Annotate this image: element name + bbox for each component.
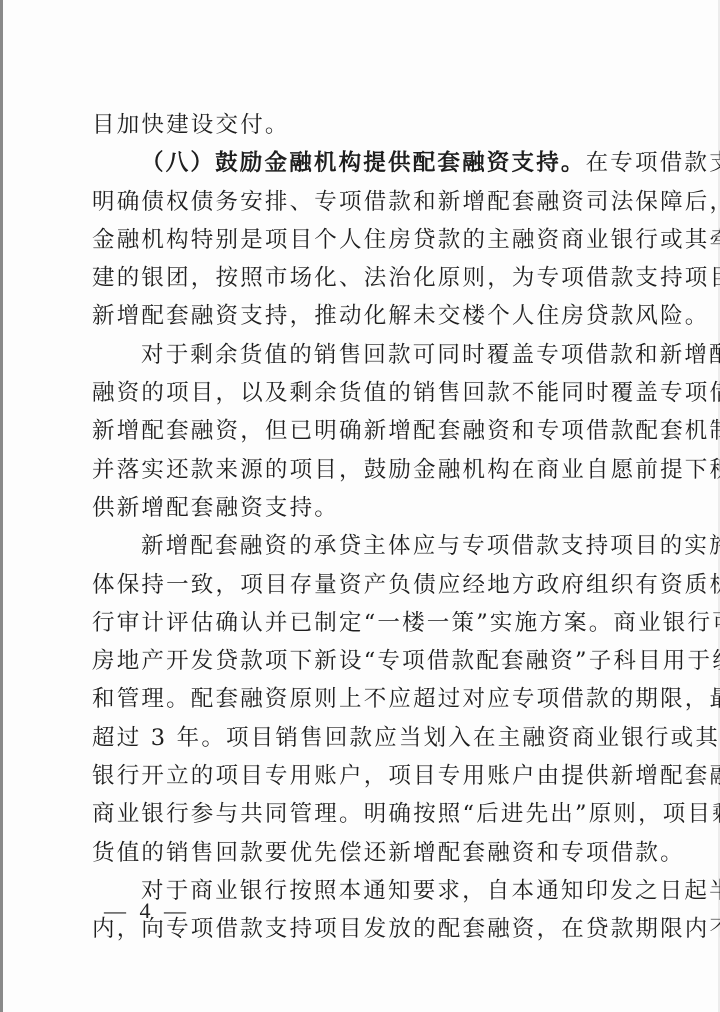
text-line: 超过 3 年。项目销售回款应当划入在主融资商业银行或其他商业: [92, 719, 642, 757]
paragraph-start-line: 对于剩余货值的销售回款可同时覆盖专项借款和新增配套: [92, 336, 642, 374]
text-line: 货值的销售回款要优先偿还新增配套融资和专项借款。: [92, 834, 642, 872]
text-line: 新增配套融资支持，推动化解未交楼个人住房贷款风险。: [92, 297, 642, 335]
text-line: 新增配套融资，但已明确新增配套融资和专项借款配套机制安排: [92, 412, 642, 450]
section-heading: （八）鼓励金融机构提供配套融资支持。: [141, 150, 586, 176]
text-line: 建的银团，按照市场化、法治化原则，为专项借款支持项目提供: [92, 259, 642, 297]
text-line-continuation: 在专项借款支持项目: [586, 150, 720, 176]
text-line: 商业银行参与共同管理。明确按照“后进先出”原则，项目剩余: [92, 795, 642, 833]
text-line: 行审计评估确认并已制定“一楼一策”实施方案。商业银行可在: [92, 604, 642, 642]
text-line: 体保持一致，项目存量资产负债应经地方政府组织有资质机构进: [92, 566, 642, 604]
section-heading-line: （八）鼓励金融机构提供配套融资支持。在专项借款支持项目: [92, 144, 642, 182]
text-line: 金融机构特别是项目个人住房贷款的主融资商业银行或其牵头组: [92, 221, 642, 259]
text-line: 供新增配套融资支持。: [92, 489, 642, 527]
paragraph-start-line: 新增配套融资的承贷主体应与专项借款支持项目的实施主: [92, 527, 642, 565]
text-line: 融资的项目，以及剩余货值的销售回款不能同时覆盖专项借款和: [92, 374, 642, 412]
text-line: 房地产开发贷款项下新设“专项借款配套融资”子科目用于统计: [92, 642, 642, 680]
text-line: 目加快建设交付。: [92, 106, 642, 144]
text-line: 明确债权债务安排、专项借款和新增配套融资司法保障后，鼓励: [92, 183, 642, 221]
scan-left-edge: [0, 0, 3, 1012]
document-page: 目加快建设交付。 （八）鼓励金融机构提供配套融资支持。在专项借款支持项目 明确债…: [92, 106, 642, 949]
text-line: 和管理。配套融资原则上不应超过对应专项借款的期限，最长不: [92, 680, 642, 718]
text-line: 并落实还款来源的项目，鼓励金融机构在商业自愿前提下积极提: [92, 451, 642, 489]
page-number: — 4 —: [104, 898, 190, 924]
text-line: 银行开立的项目专用账户，项目专用账户由提供新增配套融资的: [92, 757, 642, 795]
